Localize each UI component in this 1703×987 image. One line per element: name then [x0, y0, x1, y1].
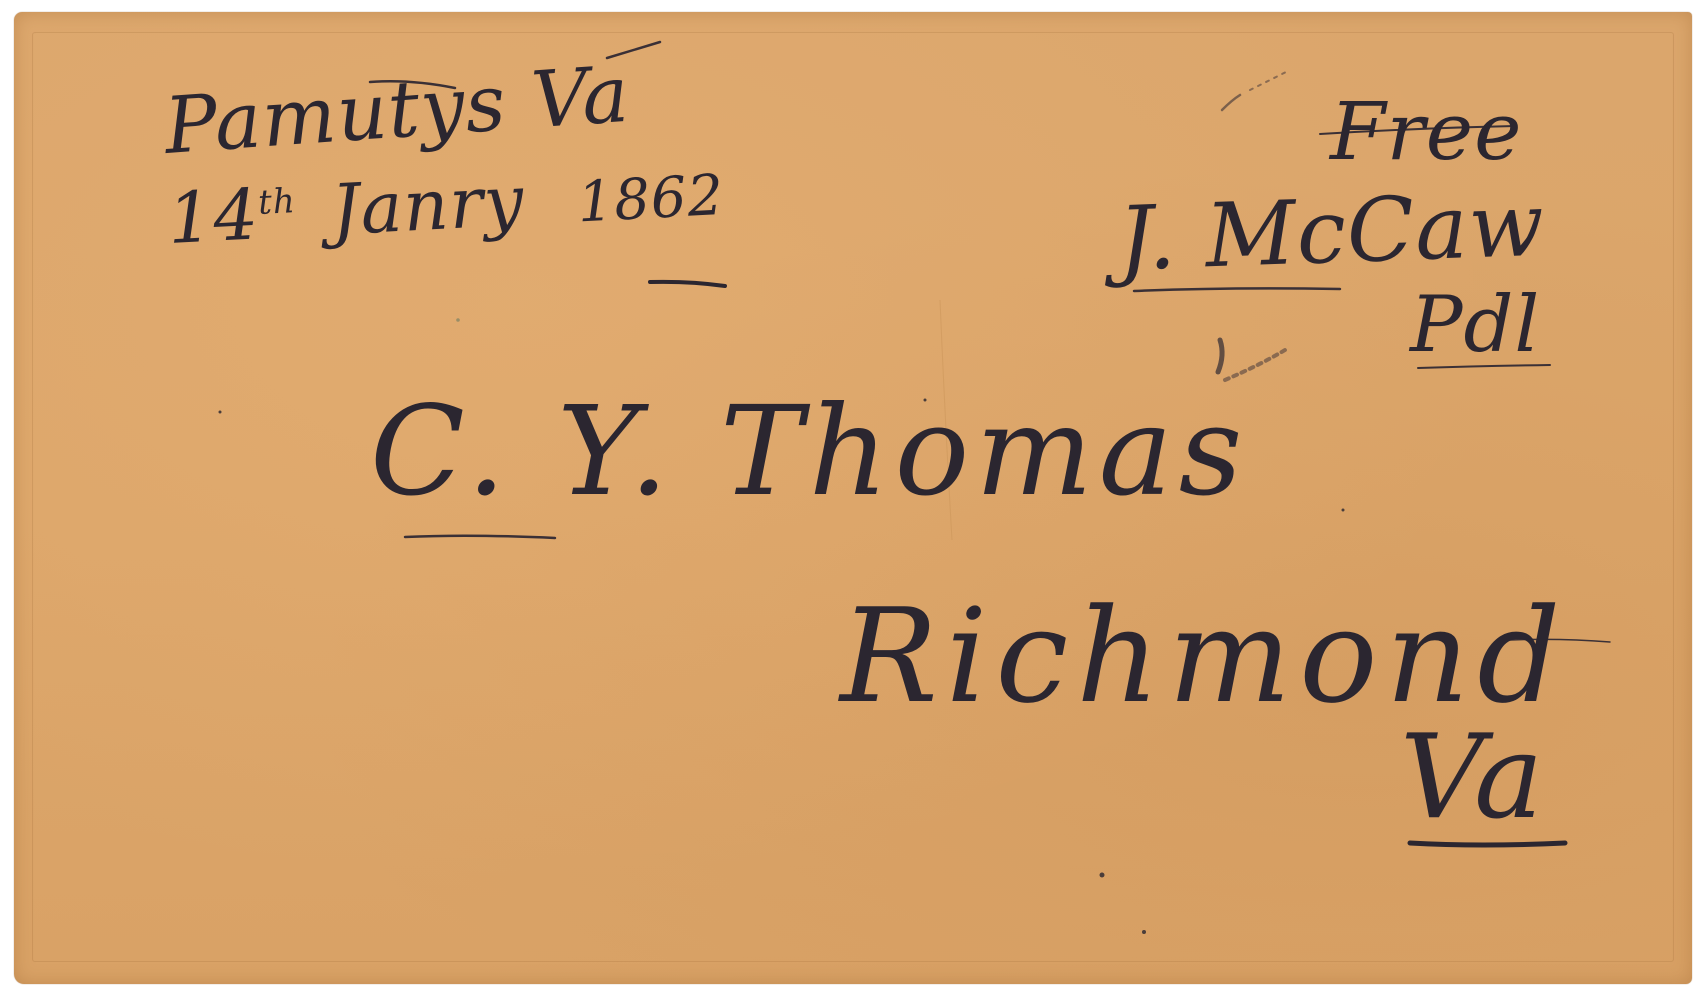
postmark-year: 1862 [576, 163, 726, 236]
frank-free: Free [1330, 85, 1522, 178]
addressee-state-text: Va [1400, 710, 1544, 845]
frank-signature: J. McCaw [1116, 173, 1546, 291]
addressee-name-text: C. Y. Thomas [370, 380, 1248, 524]
postmark-month: Janry [329, 159, 526, 251]
frank-title: Pdl [1410, 280, 1540, 370]
frank-free-text: Free [1330, 85, 1522, 178]
addressee-name: C. Y. Thomas [370, 380, 1248, 524]
addressee-state: Va [1400, 710, 1544, 845]
frank-title-text: Pdl [1410, 280, 1540, 370]
postmark-day: 14 [166, 173, 261, 260]
postmark-day-suffix: th [257, 181, 297, 223]
frank-signature-text: J. McCaw [1116, 173, 1546, 291]
